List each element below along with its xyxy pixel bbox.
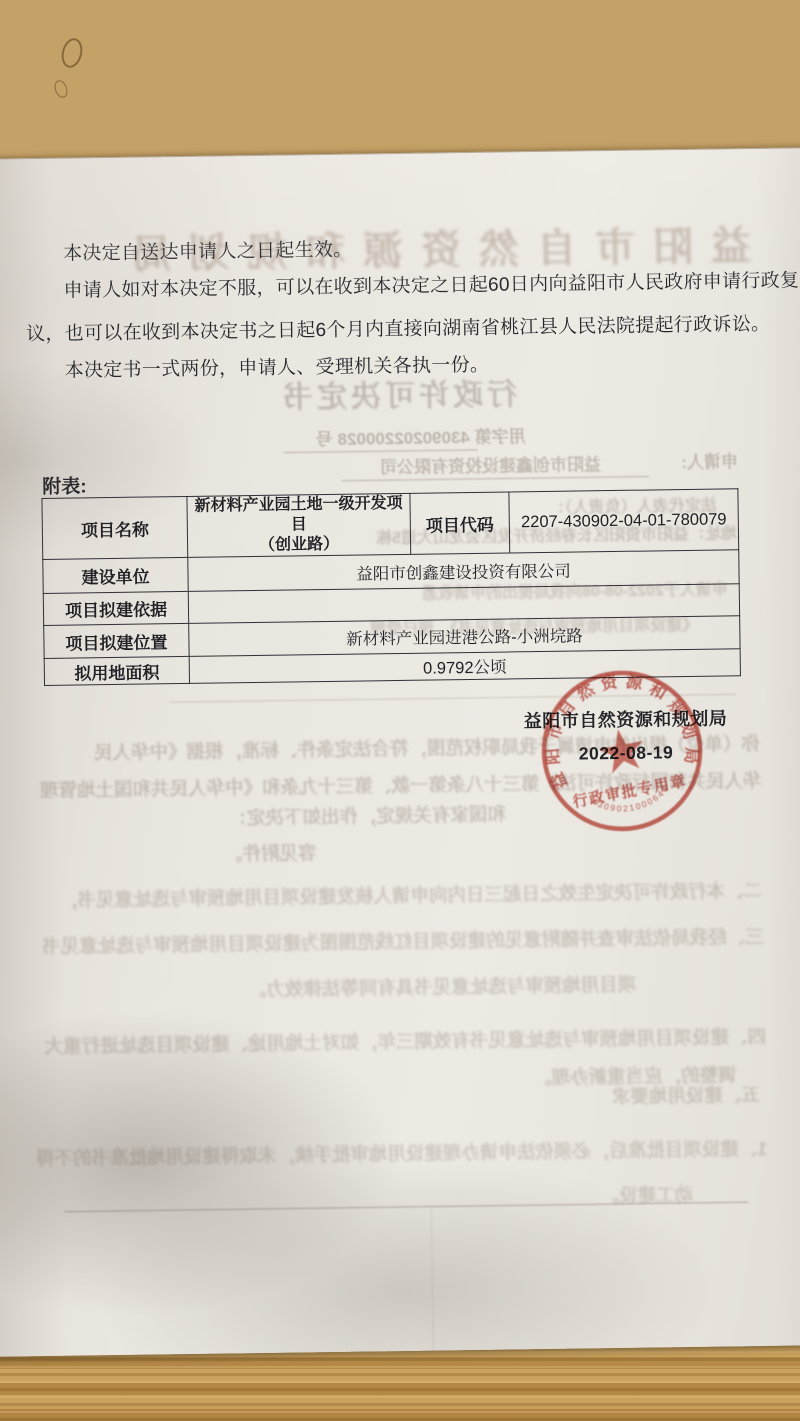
- table-value-cell: 新材料产业园土地一级开发项目 （创业路）: [187, 493, 411, 557]
- document-paper: 益阳市自然资源和规划局行政许可决定书用字第 43090202200028 号申请…: [0, 147, 800, 1356]
- seal-graphic: ★ 益阳市自然资源和规划局 行政审批专用章 4309021000644: [514, 643, 729, 858]
- decision-paragraph-line: 申请人如对本决定不服，可以在收到本决定之日起60日内向益阳市人民政府申请行政复: [25, 265, 799, 303]
- decision-paragraph-line: 议，也可以在收到本决定书之日起6个月内直接向湖南省桃江县人民法院提起行政诉讼。: [26, 309, 771, 346]
- table-label-cell: 建设单位: [43, 557, 188, 593]
- table-row: 项目名称 新材料产业园土地一级开发项目 （创业路） 项目代码 2207-4309…: [42, 489, 739, 560]
- photo-of-document: 益阳市自然资源和规划局行政许可决定书用字第 43090202200028 号申请…: [0, 0, 800, 1421]
- table-label-cell: 项目拟建依据: [43, 591, 188, 625]
- project-name-line2: （创业路）: [188, 534, 410, 557]
- wood-knot: [59, 36, 86, 70]
- table-label-cell: 项目名称: [42, 496, 188, 559]
- decision-paragraph-line: 本决定自送达申请人之日起生效。: [25, 235, 353, 267]
- wood-knot: [52, 78, 69, 99]
- star-icon: ★: [590, 715, 653, 789]
- table-label-cell: 项目拟建位置: [44, 623, 189, 658]
- table-label-cell: 拟用地面积: [44, 656, 189, 685]
- attachment-table-label: 附表:: [42, 471, 87, 499]
- table-value-cell: 2207-430902-04-01-780079: [509, 489, 739, 553]
- decision-paragraph-line: 本决定书一式两份，申请人、受理机关各执一份。: [26, 350, 489, 383]
- project-name-line1: 新材料产业园土地一级开发项目: [187, 494, 410, 537]
- table-label-cell: 项目代码: [410, 492, 510, 554]
- official-seal-stamp: ★ 益阳市自然资源和规划局 行政审批专用章 4309021000644: [514, 643, 729, 858]
